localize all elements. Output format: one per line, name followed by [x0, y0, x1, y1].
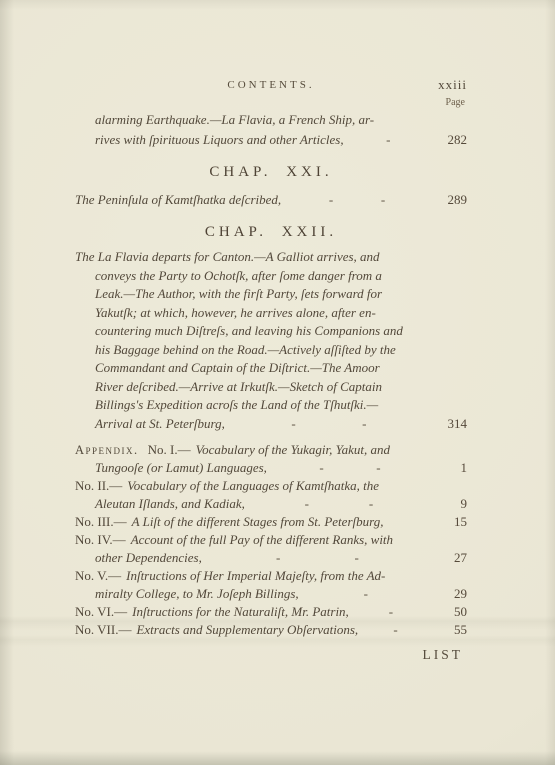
leader-dash: - [362, 415, 366, 434]
appendix-label: Appendix. [75, 441, 139, 459]
chapter-heading-xxii: CHAP. XXII. [75, 222, 467, 242]
entry-text: other Dependencies, [95, 549, 202, 567]
entry-number: No. VII.— [75, 621, 131, 639]
entry-text: A Liſt of the different Stages from St. … [132, 513, 384, 531]
page-title: CONTENTS. [75, 76, 467, 94]
dot-leader: - [358, 621, 433, 639]
toc-line: No. III.— A Liſt of the different Stages… [75, 513, 467, 531]
dot-leader: -- [202, 549, 433, 567]
entry-text: The Peninſula of Kamtſhatka deſcribed, [75, 190, 281, 210]
leader-dash: - [386, 130, 390, 150]
toc-line: alarming Earthquake.—La Flavia, a French… [75, 110, 467, 130]
toc-line-appendix: Appendix. No. I.— Vocabulary of the Yuka… [75, 441, 467, 459]
page-number: 314 [433, 415, 467, 434]
dot-leader: -- [281, 190, 433, 210]
leader-dash: - [364, 585, 368, 603]
leader-dash: - [291, 415, 295, 434]
page-number: 1 [433, 459, 467, 477]
leader-dash: - [319, 459, 323, 477]
catchword: LIST [75, 645, 467, 665]
entry-text: Leak.—The Author, with the firſt Party, … [95, 285, 382, 304]
entry-text: River deſcribed.—Arrive at Irkutſk.—Sket… [95, 378, 382, 397]
entry-text: The La Flavia departs for Canton.—A Gall… [75, 248, 380, 267]
entry-text: Yakutſk; at which, however, he arrives a… [95, 304, 376, 323]
book-page-scan: CONTENTS. xxiii Page alarming Earthquake… [0, 0, 555, 765]
entry-text: rives with ſpirituous Liquors and other … [95, 130, 344, 150]
leader-dash: - [329, 190, 333, 210]
toc-line: rives with ſpirituous Liquors and other … [75, 130, 467, 150]
leader-dash: - [376, 459, 380, 477]
entry-text: his Baggage behind on the Road.—Actively… [95, 341, 396, 360]
page-number: 289 [433, 190, 467, 210]
dot-leader: - [344, 130, 433, 150]
leader-dash: - [276, 549, 280, 567]
toc-line: No. VI.— Inſtructions for the Naturaliſt… [75, 603, 467, 621]
folio-number: xxiii [438, 77, 467, 93]
dot-leader: - [349, 603, 433, 621]
entry-text: Aleutan Iſlands, and Kadiak, [95, 495, 245, 513]
toc-line: Aleutan Iſlands, and Kadiak, -- 9 [75, 495, 467, 513]
toc-line: No. II.— Vocabulary of the Languages of … [75, 477, 467, 495]
leader-dash: - [381, 190, 385, 210]
toc-line: Yakutſk; at which, however, he arrives a… [75, 304, 467, 323]
toc-line: The La Flavia departs for Canton.—A Gall… [75, 248, 467, 267]
page-number: 29 [433, 585, 467, 603]
contents-page: CONTENTS. xxiii Page alarming Earthquake… [75, 76, 467, 665]
toc-line: his Baggage behind on the Road.—Actively… [75, 341, 467, 360]
dot-leader: - [299, 585, 433, 603]
page-number: 50 [433, 603, 467, 621]
entry-number: No. II.— [75, 477, 122, 495]
toc-line: Billings's Expedition acroſs the Land of… [75, 396, 467, 415]
page-number: 9 [433, 495, 467, 513]
dot-leader: -- [267, 459, 433, 477]
entry-text: miralty College, to Mr. Joſeph Billings, [95, 585, 299, 603]
page-number: 15 [433, 513, 467, 531]
leader-dash: - [389, 603, 393, 621]
entry-text: countering much Diſtreſs, and leaving hi… [95, 322, 403, 341]
entry-text: Account of the full Pay of the different… [131, 531, 393, 549]
entry-text: alarming Earthquake.—La Flavia, a French… [95, 110, 374, 130]
entry-number: No. IV.— [75, 531, 126, 549]
toc-line: countering much Diſtreſs, and leaving hi… [75, 322, 467, 341]
entry-text: Commandant and Captain of the Diſtrict.—… [95, 359, 380, 378]
toc-line: Leak.—The Author, with the firſt Party, … [75, 285, 467, 304]
entry-text: Vocabulary of the Languages of Kamtſhatk… [127, 477, 379, 495]
leader-dash: - [305, 495, 309, 513]
entry-number: No. I.— [148, 441, 191, 459]
toc-line: Tungooſe (or Lamut) Languages, -- 1 [75, 459, 467, 477]
page-number: 55 [433, 621, 467, 639]
chapter-heading-xxi: CHAP. XXI. [75, 162, 467, 182]
entry-number: No. V.— [75, 567, 121, 585]
toc-line: conveys the Party to Ochotſk, after ſome… [75, 267, 467, 286]
toc-line: The Peninſula of Kamtſhatka deſcribed, -… [75, 190, 467, 210]
toc-line: other Dependencies, -- 27 [75, 549, 467, 567]
entry-text: Inſtructions of Her Imperial Majeſty, fr… [126, 567, 385, 585]
page-number: 27 [433, 549, 467, 567]
toc-line: miralty College, to Mr. Joſeph Billings,… [75, 585, 467, 603]
leader-dash: - [354, 549, 358, 567]
toc-line: No. IV.— Account of the full Pay of the … [75, 531, 467, 549]
page-header: CONTENTS. xxiii [75, 76, 467, 94]
dot-leader: -- [245, 495, 433, 513]
entry-text: Extracts and Supplementary Obſervations, [136, 621, 358, 639]
page-column-label: Page [75, 96, 467, 110]
entry-number: No. VI.— [75, 603, 127, 621]
toc-line: River deſcribed.—Arrive at Irkutſk.—Sket… [75, 378, 467, 397]
toc-line: Commandant and Captain of the Diſtrict.—… [75, 359, 467, 378]
leader-dash: - [393, 621, 397, 639]
page-number: 282 [433, 130, 467, 150]
entry-text: Vocabulary of the Yukagir, Yakut, and [196, 441, 390, 459]
toc-line: No. V.— Inſtructions of Her Imperial Maj… [75, 567, 467, 585]
leader-dash: - [369, 495, 373, 513]
entry-text: Arrival at St. Peterſburg, [95, 415, 225, 434]
toc-line: Arrival at St. Peterſburg, -- 314 [75, 415, 467, 434]
entry-number: No. III.— [75, 513, 127, 531]
entry-text: Tungooſe (or Lamut) Languages, [95, 459, 267, 477]
dot-leader: -- [225, 415, 433, 434]
entry-text: conveys the Party to Ochotſk, after ſome… [95, 267, 382, 286]
toc-line: No. VII.— Extracts and Supplementary Obſ… [75, 621, 467, 639]
entry-text: Billings's Expedition acroſs the Land of… [95, 396, 378, 415]
entry-text: Inſtructions for the Naturaliſt, Mr. Pat… [132, 603, 349, 621]
